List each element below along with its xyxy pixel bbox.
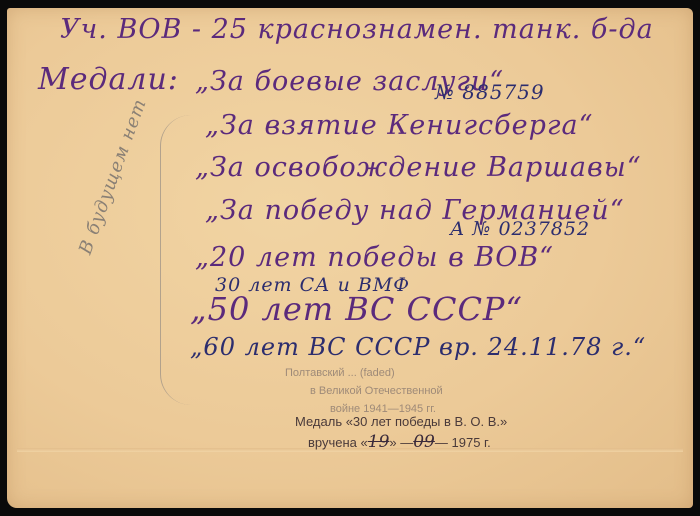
medal-3: „За освобождение Варшавы“ [195,152,642,183]
stamp-medal-line: Медаль «30 лет победы в В. О. В.» [295,414,507,429]
medal-6: „50 лет ВС СССР“ [190,290,523,328]
medals-label: Медали: [38,62,179,97]
awarded-month: 09 [413,432,435,452]
medal-5: „20 лет победы в ВОВ“ [195,242,554,273]
awarded-day: 19 [368,432,390,452]
stamp-line-2: в Великой Отечественной [310,385,443,397]
stamp-awarded-line: вручена «19» —09— 1975 г. [308,432,491,452]
service-line: Уч. ВОВ - 25 краснознамен. танк. б-да [60,14,654,45]
stamp-line-1: Полтавский ... (faded) [285,367,395,379]
medal-2: „За взятие Кенигсберга“ [205,110,593,141]
medal-7: „60 лет ВС СССР вр. 24.11.78 г.“ [190,333,646,361]
awarded-year: 1975 г. [452,435,491,450]
awarded-label: вручена [308,435,357,450]
pencil-bracket [160,115,191,405]
medal-number-1: № 885759 [435,80,545,104]
medal-number-2: А № 0237852 [450,218,590,240]
